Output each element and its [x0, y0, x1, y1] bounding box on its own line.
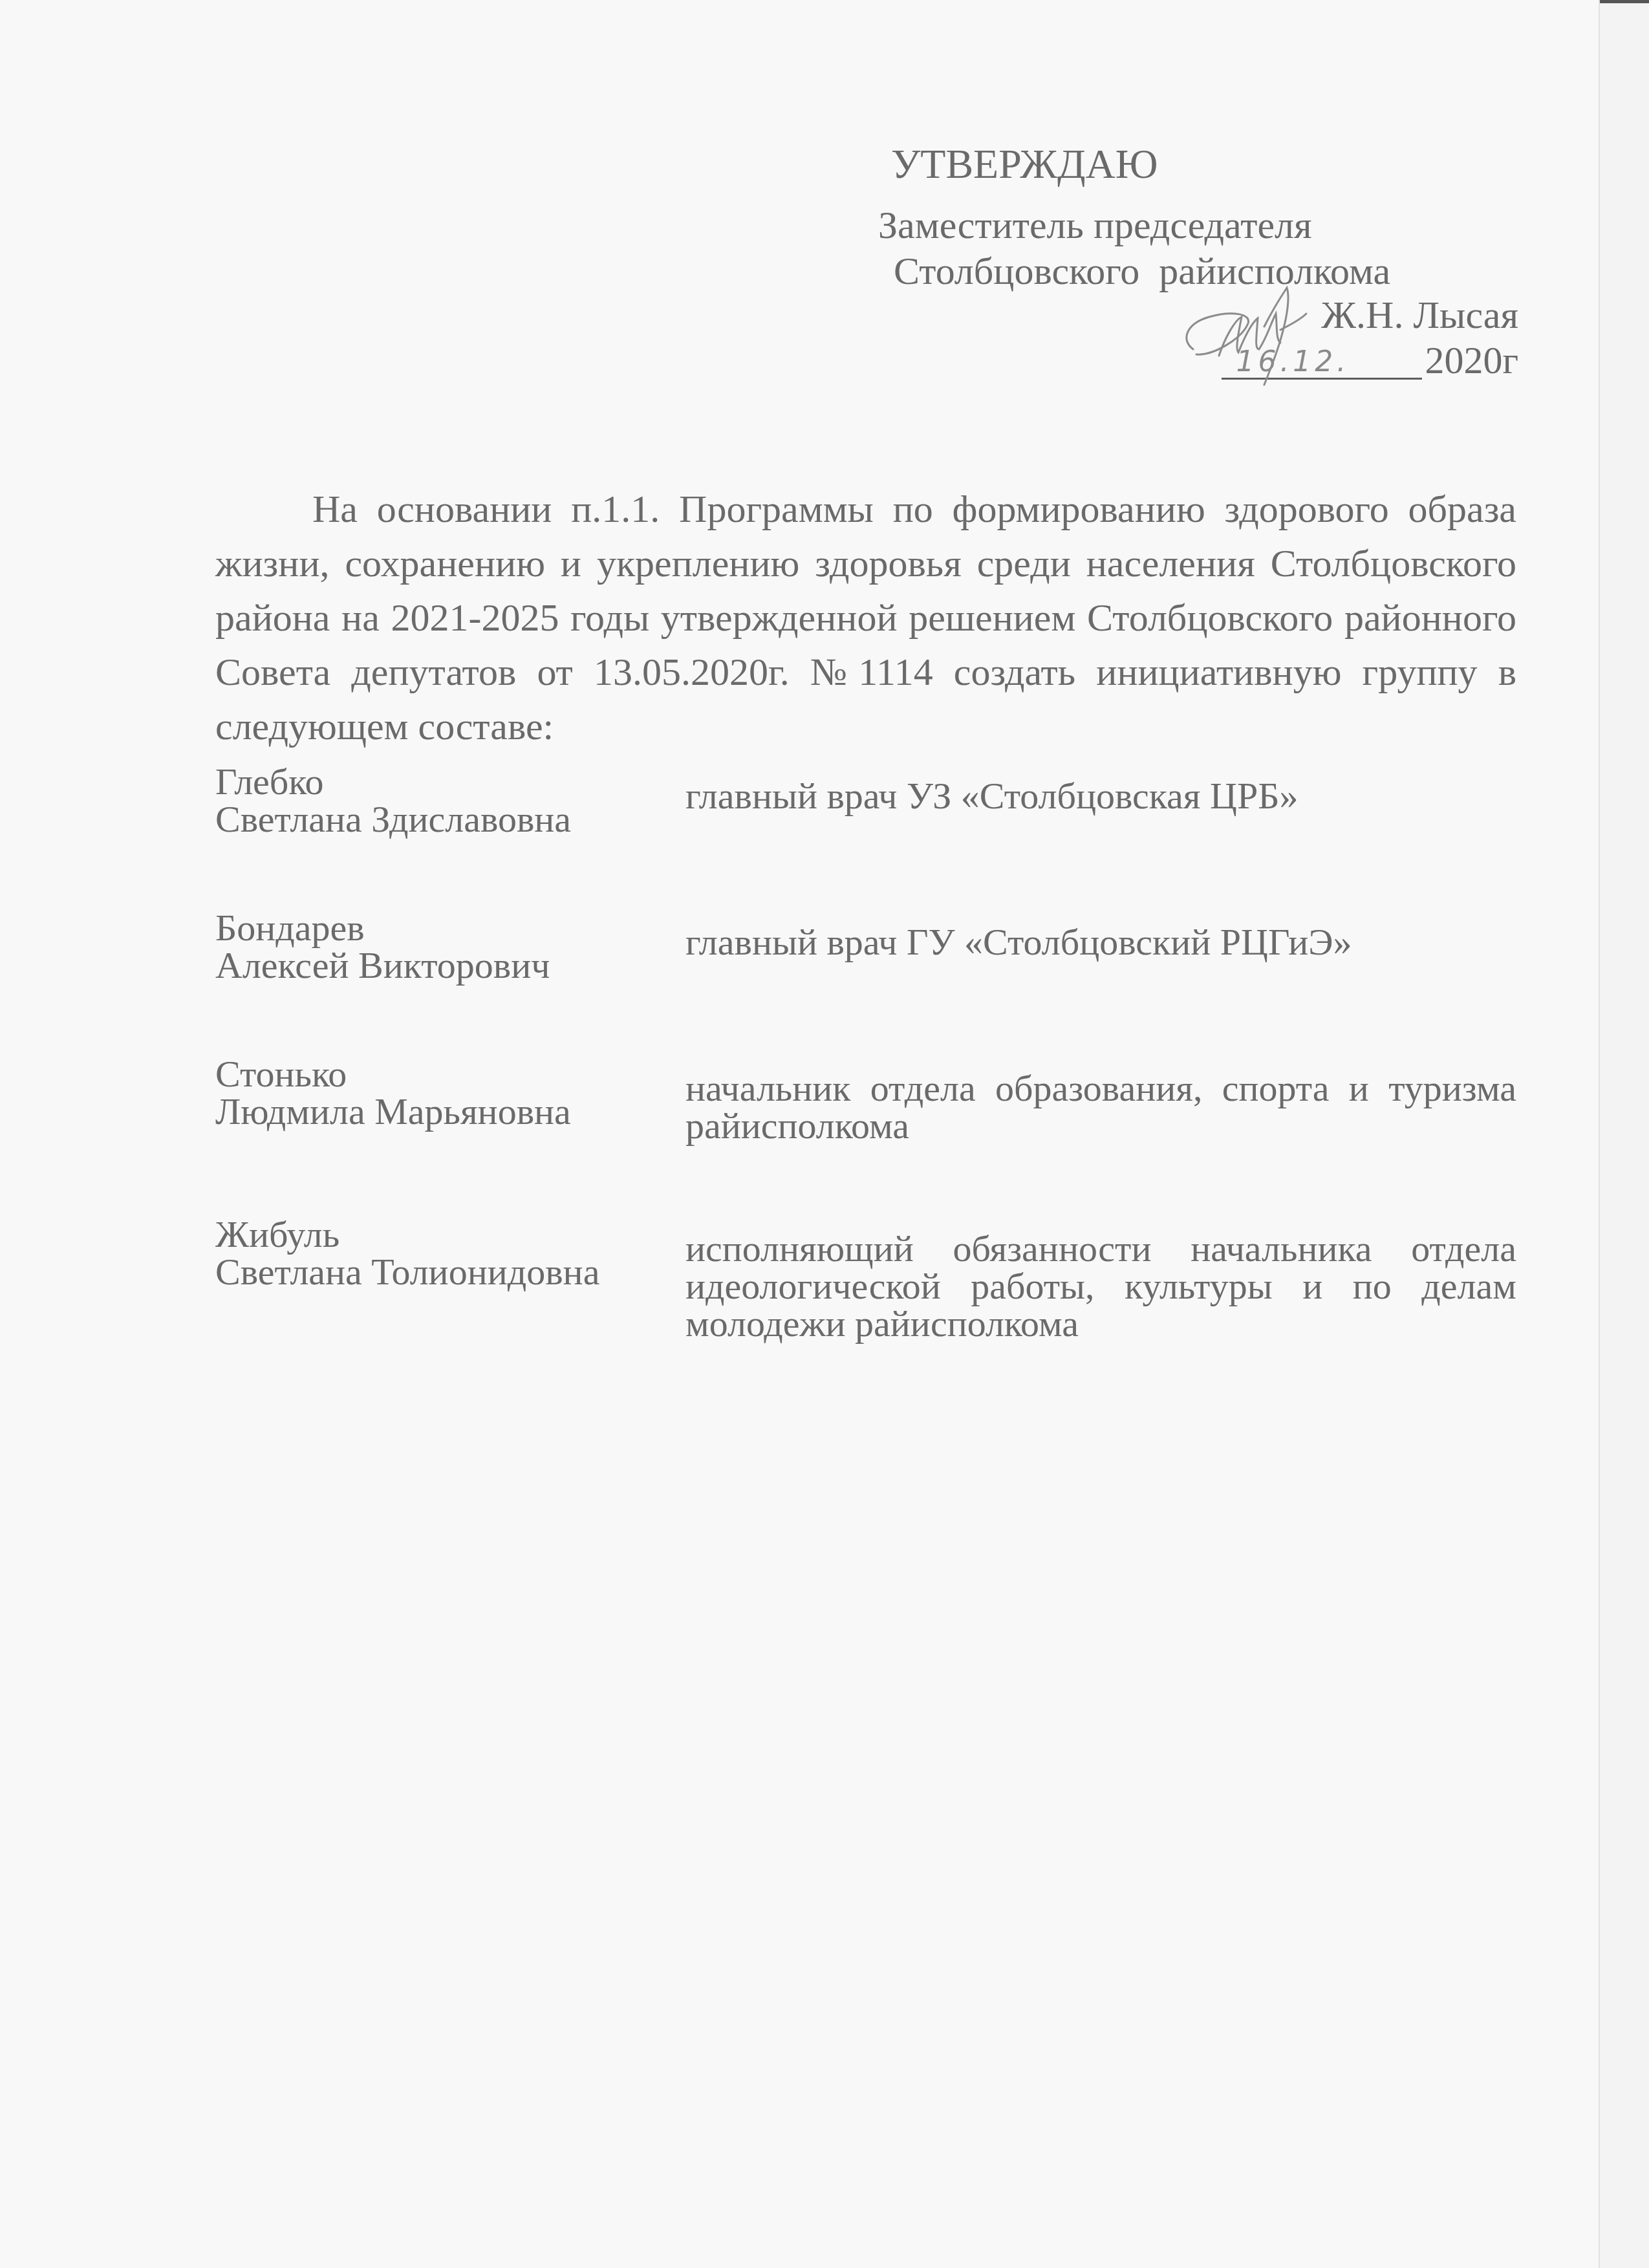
member-name: Стонько Людмила Марьяновна: [215, 1055, 685, 1145]
member-role: главный врач УЗ «Столбцовская ЦРБ»: [685, 763, 1516, 838]
member-name: Бондарев Алексей Викторович: [215, 909, 685, 984]
member-row: Стонько Людмила Марьяновна начальник отд…: [215, 1055, 1516, 1145]
member-name: Жибуль Светлана Толионидовна: [215, 1216, 685, 1343]
scan-edge-mark: [1600, 0, 1649, 3]
members-list: Глебко Светлана Здиславовна главный врач…: [215, 763, 1516, 1343]
member-given-names: Светлана Толионидовна: [215, 1253, 685, 1291]
member-given-names: Людмила Марьяновна: [215, 1093, 685, 1130]
member-row: Жибуль Светлана Толионидовна исполняющий…: [215, 1216, 1516, 1343]
member-surname: Жибуль: [215, 1216, 685, 1253]
body-paragraph: На основании п.1.1. Программы по формиро…: [215, 482, 1516, 753]
member-role: главный врач ГУ «Столбцовский РЦГиЭ»: [685, 909, 1516, 984]
member-role: исполняющий обязанности начальника отдел…: [685, 1216, 1516, 1343]
member-row: Бондарев Алексей Викторович главный врач…: [215, 909, 1516, 984]
approver-position: Заместитель председателя: [878, 206, 1312, 244]
approval-title: УТВЕРЖДАЮ: [891, 144, 1158, 185]
handwritten-signature-icon: [1174, 278, 1342, 388]
member-surname: Глебко: [215, 763, 685, 801]
member-given-names: Алексей Викторович: [215, 947, 685, 984]
approval-year: 2020г: [1425, 341, 1518, 380]
approver-name: Ж.Н. Лысая: [1321, 296, 1518, 334]
member-role: начальник отдела образования, спорта и т…: [685, 1055, 1516, 1145]
member-surname: Бондарев: [215, 909, 685, 947]
member-given-names: Светлана Здиславовна: [215, 801, 685, 838]
member-name: Глебко Светлана Здиславовна: [215, 763, 685, 838]
member-surname: Стонько: [215, 1055, 685, 1093]
scan-edge-band: [1600, 3, 1649, 2268]
member-row: Глебко Светлана Здиславовна главный врач…: [215, 763, 1516, 838]
